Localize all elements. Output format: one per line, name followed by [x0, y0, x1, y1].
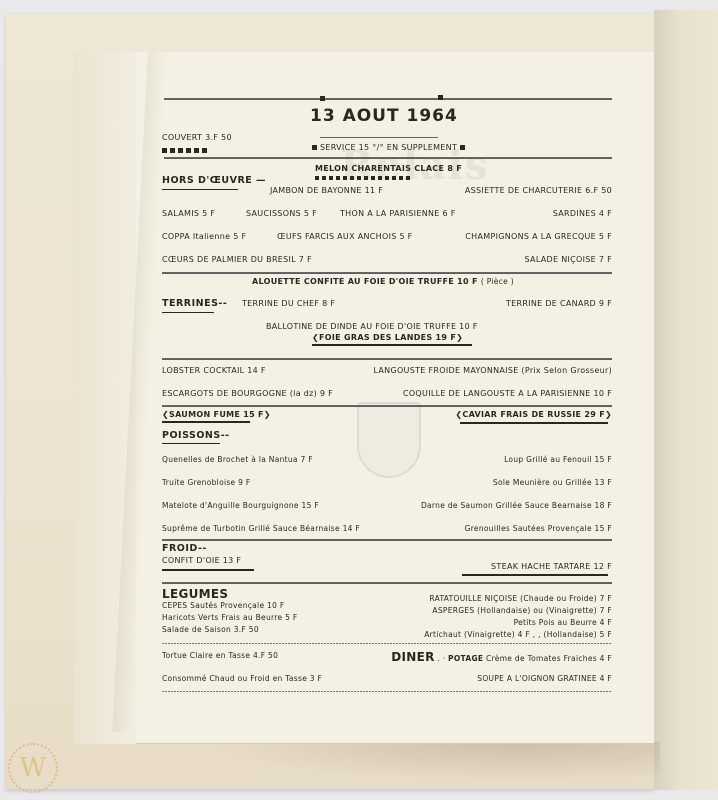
menu-item: Crème de Tomates Fraiches 4 F [486, 654, 612, 663]
underline [162, 421, 250, 423]
menu-item: THON A LA PARISIENNE 6 F [340, 209, 456, 218]
divider [162, 691, 612, 692]
potage-label: POTAGE [448, 654, 483, 663]
underline [462, 574, 608, 576]
crest-icon [357, 402, 421, 478]
menu-item: ASPERGES (Hollandaise) ou (Vinaigrette) … [432, 606, 612, 615]
menu-item: ASSIETTE DE CHARCUTERIE 6.F 50 [465, 186, 612, 195]
menu-item-foie-gras: ❮FOIE GRAS DES LANDES 19 F❯ [312, 333, 463, 342]
ornament-square [320, 96, 325, 101]
menu-item: LANGOUSTE FROIDE MAYONNAISE (Prix Selon … [373, 366, 612, 375]
section-title-legumes: LEGUMES [162, 587, 228, 601]
ornament-row [162, 146, 210, 155]
section-title-terrines: TERRINES-- [162, 298, 227, 309]
alouette-text: ALOUETTE CONFITE AU FOIE D'OIE TRUFFE 10… [252, 277, 478, 286]
service-text: SERVICE 15 °/° EN SUPPLEMENT [320, 143, 457, 152]
section-title-froid: FROID-- [162, 543, 207, 554]
menu-item: Loup Grillé au Fenouil 15 F [504, 455, 612, 464]
couvert-price: COUVERT 3.F 50 [162, 133, 232, 142]
featured-item: MELON CHARENTAIS CLACE 8 F [315, 164, 462, 173]
separator: . · [437, 654, 445, 663]
underline [162, 312, 214, 313]
menu-item: BALLOTINE DE DINDE AU FOIE D'OIE TRUFFE … [266, 322, 478, 331]
section-title-poissons: POISSONS-- [162, 430, 230, 441]
alouette-note: ( Pièce ) [481, 277, 514, 286]
divider [164, 98, 612, 100]
page-title: 13 AOUT 1964 [310, 106, 458, 126]
divider [162, 582, 612, 584]
divider [162, 643, 612, 644]
menu-item: SALAMIS 5 F [162, 209, 215, 218]
divider [162, 358, 612, 360]
menu-item: Sole Meunière ou Grillée 13 F [493, 478, 612, 487]
menu-item: Darne de Saumon Grillée Sauce Bearnaise … [421, 501, 612, 510]
menu-item: SOUPE A L'OIGNON GRATINEE 4 F [477, 674, 612, 683]
menu-item: Consommé Chaud ou Froid en Tasse 3 F [162, 674, 322, 683]
menu-item-caviar: ❮CAVIAR FRAIS DE RUSSIE 29 F❯ [455, 410, 612, 419]
menu-item: ESCARGOTS DE BOURGOGNE (la dz) 9 F [162, 389, 333, 398]
menu-item: CŒURS DE PALMIER DU BRESIL 7 F [162, 255, 312, 264]
folder-right-panel [654, 10, 718, 790]
menu-item: Haricots Verts Frais au Beurre 5 F [162, 613, 297, 622]
diner-potage-line: DINER . · POTAGE Crème de Tomates Fraich… [391, 650, 612, 664]
menu-item: SARDINES 4 F [553, 209, 612, 218]
menu-item: SAUCISSONS 5 F [246, 209, 317, 218]
divider [164, 157, 612, 159]
divider [162, 272, 612, 274]
menu-item-alouette: ALOUETTE CONFITE AU FOIE D'OIE TRUFFE 10… [252, 277, 514, 286]
menu-item: JAMBON DE BAYONNE 11 F [270, 186, 383, 195]
menu-item: Petits Pois au Beurre 4 F [514, 618, 612, 627]
menu-item: Artichaut (Vinaigrette) 4 F , , (Holland… [424, 630, 612, 639]
ornament-square [438, 95, 443, 100]
underline [312, 344, 472, 346]
underline [460, 422, 608, 424]
menu-item: Quenelles de Brochet à la Nantua 7 F [162, 455, 313, 464]
diner-title: DINER [391, 650, 434, 664]
menu-item: RATATOUILLE NIÇOISE (Chaude ou Froide) 7… [429, 594, 612, 603]
menu-item: ŒUFS FARCIS AUX ANCHOIS 5 F [277, 232, 413, 241]
underline [162, 443, 220, 444]
menu-item: Grenouilles Sautées Provençale 15 F [465, 524, 612, 533]
underline [162, 569, 254, 571]
menu-item-saumon: ❮SAUMON FUME 15 F❯ [162, 410, 271, 419]
menu-item: CHAMPIGNONS A LA GRECQUE 5 F [465, 232, 612, 241]
page-shadow [200, 742, 660, 782]
menu-item: Matelote d'Anguille Bourguignone 15 F [162, 501, 319, 510]
ornament-row [315, 173, 413, 182]
menu-item: SALADE NIÇOISE 7 F [525, 255, 612, 264]
menu-item: Suprême de Turbotin Grillé Sauce Béarnai… [162, 524, 360, 533]
menu-item: CEPES Sautés Provençale 10 F [162, 601, 285, 610]
menu-item: COQUILLE DE LANGOUSTE A LA PARISIENNE 10… [403, 389, 612, 398]
menu-item: COPPA Italienne 5 F [162, 232, 246, 241]
seal-logo-icon: W [8, 743, 58, 793]
menu-item: CONFIT D'OIE 13 F [162, 556, 241, 565]
section-title-hors-doeuvre: HORS D'ŒUVRE — [162, 175, 266, 186]
menu-item: Salade de Saison 3.F 50 [162, 625, 259, 634]
menu-item: TERRINE DU CHEF 8 F [242, 299, 335, 308]
service-note: SERVICE 15 °/° EN SUPPLEMENT [312, 143, 468, 152]
menu-item: STEAK HACHE TARTARE 12 F [491, 562, 612, 571]
menu-item: TERRINE DE CANARD 9 F [506, 299, 612, 308]
underline [162, 189, 238, 190]
divider [320, 137, 438, 138]
menu-item: Truite Grenobloise 9 F [162, 478, 251, 487]
menu-item: Tortue Claire en Tasse 4.F 50 [162, 651, 278, 660]
menu-item: LOBSTER COCKTAIL 14 F [162, 366, 266, 375]
divider [162, 539, 612, 541]
divider [162, 405, 612, 407]
